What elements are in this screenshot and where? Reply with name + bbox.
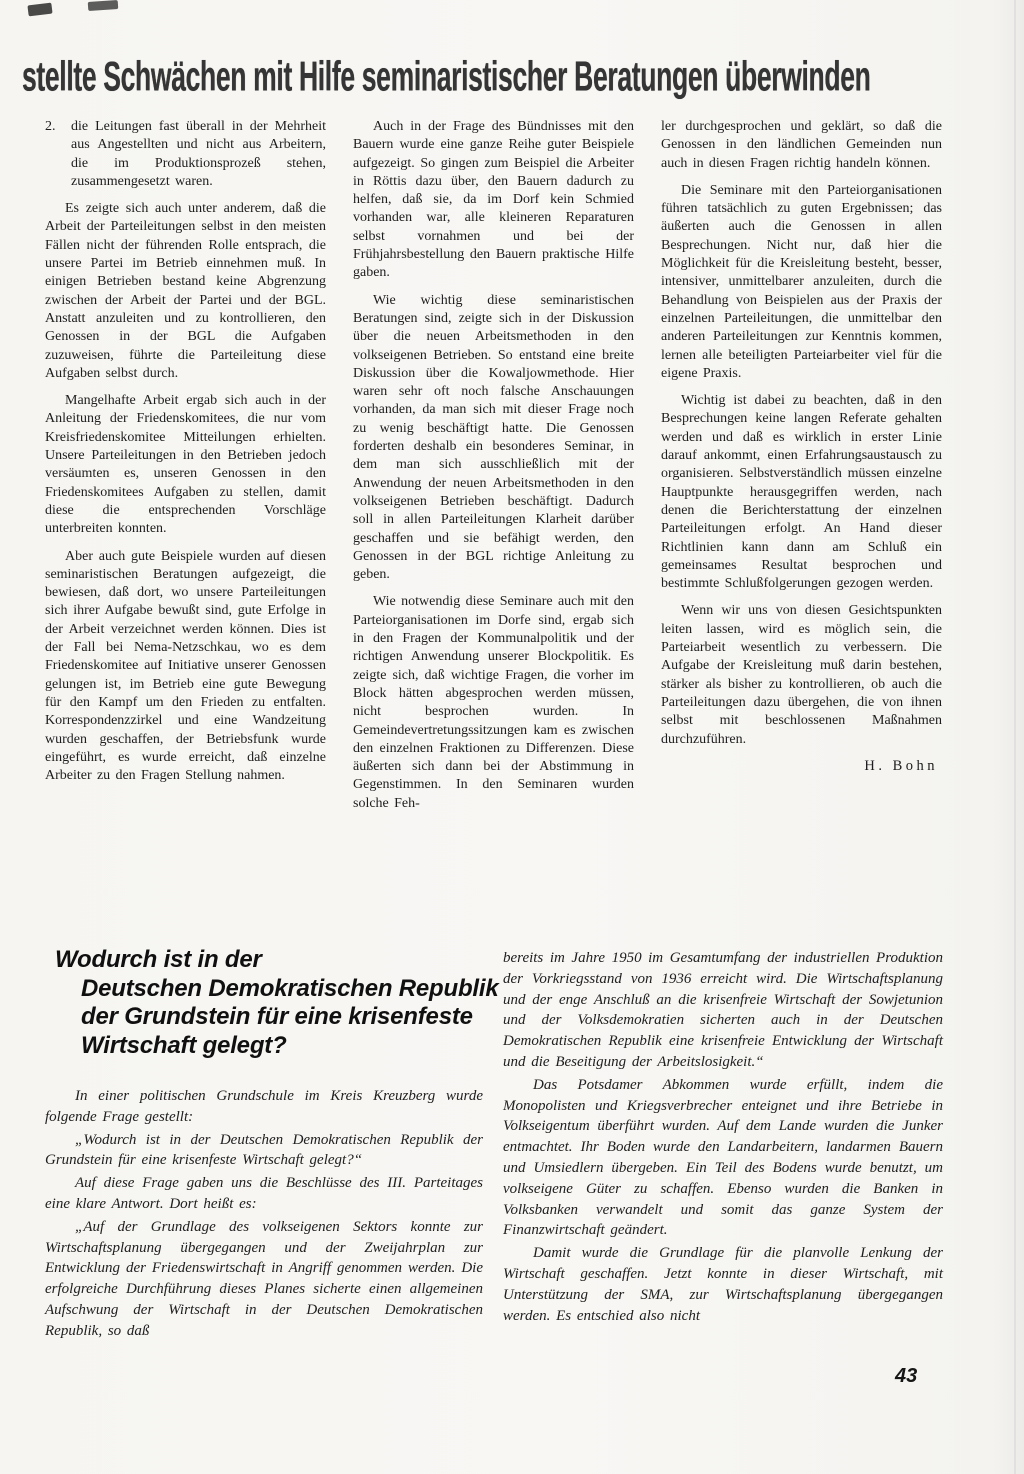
paragraph: ler durchgesprochen und geklärt, so daß … xyxy=(661,118,942,173)
article-headline-text: stellte Schwächen mit Hilfe seminaristis… xyxy=(22,54,871,102)
paragraph: Die Seminare mit den Parteiorganisatione… xyxy=(661,182,942,383)
section-heading-line: Wodurch ist in der xyxy=(55,946,515,975)
article-body-columns: 2.die Leitungen fast überall in der Mehr… xyxy=(45,118,942,822)
author-signature: H. Bohn xyxy=(661,758,942,775)
paragraph: „Auf der Grundlage des volkseigenen Sekt… xyxy=(45,1217,483,1342)
scanned-magazine-page: stellte Schwächen mit Hilfe seminaristis… xyxy=(0,0,1024,1474)
paragraph: Mangelhafte Arbeit ergab sich auch in de… xyxy=(45,392,326,538)
scan-artifact xyxy=(88,0,119,11)
list-item-marker: 2. xyxy=(45,118,71,136)
paragraph: „Wodurch ist in der Deutschen Demokratis… xyxy=(45,1130,483,1172)
paragraph: In einer politischen Grundschule im Krei… xyxy=(45,1086,483,1128)
paragraph: Wie notwendig diese Seminare auch mit de… xyxy=(353,593,634,813)
scan-edge-streak xyxy=(1014,0,1016,1474)
page-number: 43 xyxy=(895,1365,917,1388)
paragraph: Wichtig ist dabei zu beachten, daß in de… xyxy=(661,392,942,593)
section-heading-line: Deutschen Demokratischen Republik xyxy=(55,975,515,1004)
section-right-column: bereits im Jahre 1950 im Gesamtumfang de… xyxy=(503,948,943,1328)
numbered-list-item: 2.die Leitungen fast überall in der Mehr… xyxy=(45,118,326,191)
section-left-column: In einer politischen Grundschule im Krei… xyxy=(45,1086,483,1344)
paragraph: Wie wichtig diese seminaristischen Berat… xyxy=(353,292,634,585)
section-heading-line: der Grundstein für eine krisenfeste xyxy=(55,1003,515,1032)
paragraph: Damit wurde die Grundlage für die planvo… xyxy=(503,1243,943,1326)
article-headline: stellte Schwächen mit Hilfe seminaristis… xyxy=(22,56,1002,112)
paragraph: Auf diese Frage gaben uns die Beschlüsse… xyxy=(45,1173,483,1215)
paragraph: bereits im Jahre 1950 im Gesamtumfang de… xyxy=(503,948,943,1073)
column-1: 2.die Leitungen fast überall in der Mehr… xyxy=(45,118,326,822)
paragraph: Wenn wir uns von diesen Gesichtspunkten … xyxy=(661,602,942,748)
paragraph: Auch in der Frage des Bündnisses mit den… xyxy=(353,118,634,283)
list-item-text: die Leitungen fast überall in der Mehrhe… xyxy=(71,119,326,189)
column-3: ler durchgesprochen und geklärt, so daß … xyxy=(661,118,942,822)
paragraph: Aber auch gute Beispiele wurden auf dies… xyxy=(45,548,326,786)
section-heading-line: Wirtschaft gelegt? xyxy=(55,1032,515,1061)
paragraph: Das Potsdamer Abkommen wurde erfüllt, in… xyxy=(503,1075,943,1241)
column-2: Auch in der Frage des Bündnisses mit den… xyxy=(353,118,634,822)
scan-artifact xyxy=(27,3,52,17)
paragraph: Es zeigte sich auch unter anderem, daß d… xyxy=(45,200,326,383)
section-heading: Wodurch ist in der Deutschen Demokratisc… xyxy=(55,946,515,1060)
